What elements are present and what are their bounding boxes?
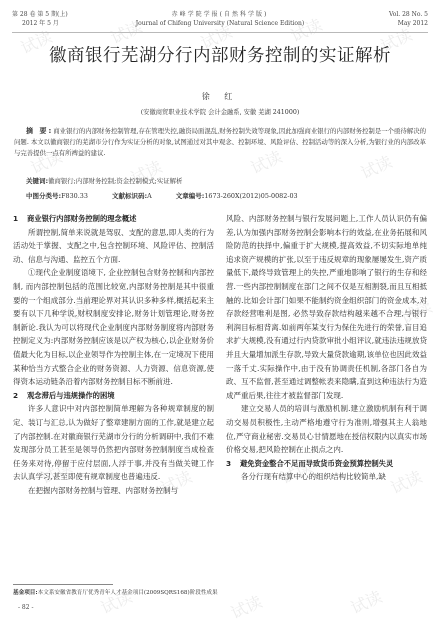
footnote-divider [13, 584, 113, 585]
section-heading-3: 3避免资金整合不足而导致货币资金预算控制失灵 [226, 457, 427, 471]
journal-name-en: Journal of Chifeng University (Natural S… [12, 19, 428, 28]
affiliation: (安徽商贸职业技术学院 会计金融系, 安徽 芜湖 241000) [0, 107, 440, 116]
author: 徐 红 [0, 91, 440, 102]
issue-date-en: May 2012 [389, 19, 428, 28]
paper-title: 徽商银行芜湖分行内部财务控制的实证解析 [0, 42, 440, 67]
keywords-label: 关键词: [26, 177, 48, 185]
body-column-left: 1商业银行内部财务控制的理念概述 所谓控制,简单来说就是驾驭、支配的意思,即人类… [13, 212, 214, 497]
body-column-right: 风险、内部财务控制与银行发展问题上,工作人员认识仍有偏差,认为加强内部财务控制会… [226, 212, 427, 484]
section-heading-2: 2观念滞后与违规操作的困境 [13, 389, 214, 403]
document-code: 文献标识码:A [112, 191, 152, 200]
footnote-label: 基金项目: [13, 590, 38, 596]
paragraph: 建立交易人员的培训与激励机制.建立激励机制有利于调动交易员积极性,主动严格地遵守… [226, 402, 427, 456]
volume-issue-en: Vol. 28 No. 5 [389, 10, 428, 19]
paragraph: 各分行现有结算中心的组织结构比较简单,缺 [226, 470, 427, 484]
clc-number: 中图分类号:F830.33 [26, 191, 88, 200]
keywords: 关键词:徽商银行;内部财务控制;资金控制模式;实证解析 [26, 176, 426, 185]
paragraph: 在把握内部财务控制与管理、内部财务控制与 [13, 484, 214, 498]
paragraph: 风险、内部财务控制与银行发展问题上,工作人员认识仍有偏差,认为加强内部财务控制会… [226, 212, 427, 402]
footnote: 基金项目:本文系安徽省教育厅优秀青年人才基金项目(2009SQRS168)阶段性… [13, 588, 218, 596]
abstract-label: 摘 要: [14, 127, 53, 135]
abstract: 摘 要:商业银行的内部财务控制管理,存在管理失控,融资局面混乱,财务控制失效等现… [14, 126, 426, 159]
keywords-text: 徽商银行;内部财务控制;资金控制模式;实证解析 [48, 177, 182, 185]
abstract-text: 商业银行的内部财务控制管理,存在管理失控,融资局面混乱,财务控制失效等现象,因此… [14, 127, 426, 157]
journal-name: 赤峰学院学报(自然科学版) Journal of Chifeng Univers… [12, 10, 428, 28]
journal-header: 第 28 卷 第 5 期(上) 2012 年 5 月 赤峰学院学报(自然科学版)… [12, 8, 428, 33]
footnote-text: 本文系安徽省教育厅优秀青年人才基金项目(2009SQRS168)阶段性成果 [38, 590, 218, 596]
page-number: - 82 - [18, 604, 34, 611]
article-number: 文章编号:1673-260X(2012)05-0082-03 [176, 191, 298, 200]
classification-line: 中图分类号:F830.33 文献标识码:A 文章编号:1673-260X(201… [26, 191, 426, 200]
paragraph: 许多人意识中对内部控制简单理解为各种规章制度的制定、装订与汇总,认为做好了整章建… [13, 402, 214, 484]
journal-name-cn: 赤峰学院学报(自然科学版) [12, 10, 428, 19]
issue-info-en: Vol. 28 No. 5 May 2012 [389, 10, 428, 28]
paragraph: 所谓控制,简单来说就是驾驭、支配的意思,即人类的行为活动处于掌握、支配之中,包含… [13, 226, 214, 267]
section-heading-1: 1商业银行内部财务控制的理念概述 [13, 212, 214, 226]
paragraph: ①现代企业制度语境下, 企业控制包含财务控制和内部控制, 而内部控制包括的范围比… [13, 266, 214, 388]
